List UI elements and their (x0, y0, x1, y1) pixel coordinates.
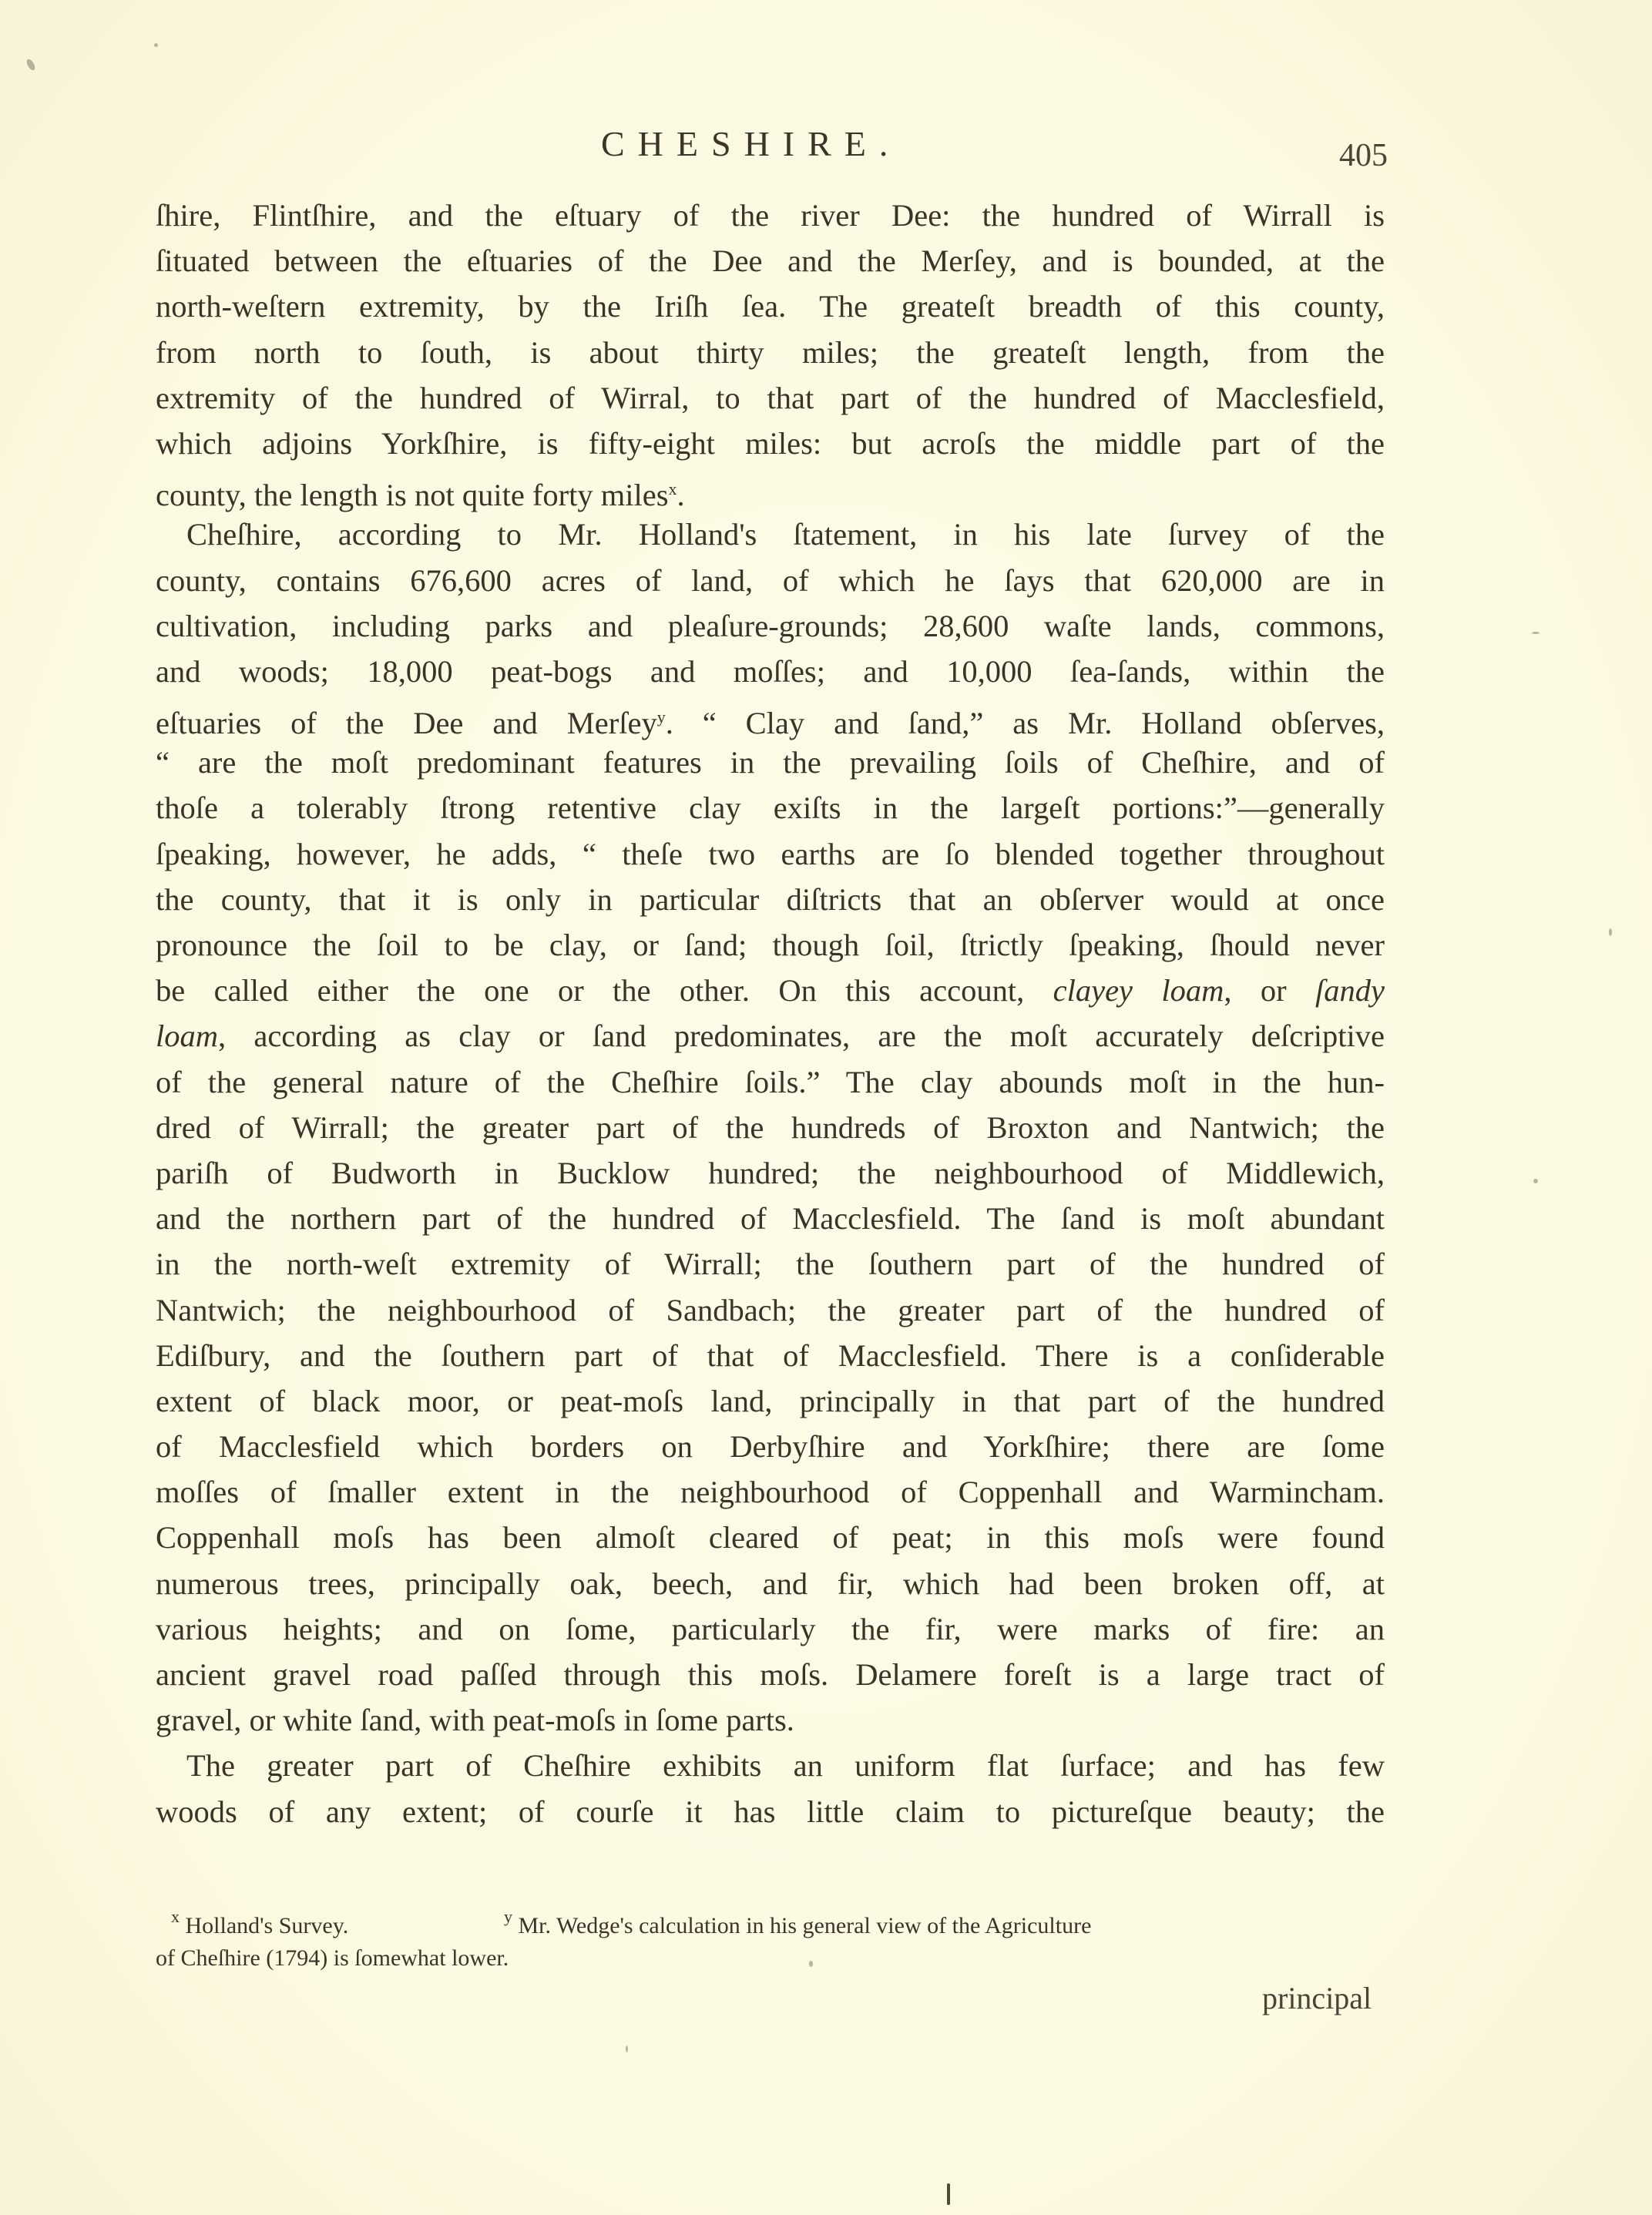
text-line: of Macclesfield which borders on Derbyſh… (156, 1424, 1385, 1469)
footnote-y: y Mr. Wedge's calculation in his general… (504, 1907, 1091, 1939)
line-tail: , according as clay or ſand predominates… (218, 1019, 1385, 1053)
text-line: thoſe a tolerably ſtrong retentive clay … (156, 785, 1385, 831)
text-line: north-weſtern extremity, by the Iriſh ſe… (156, 284, 1385, 329)
footnote-ref-x: x (669, 479, 677, 498)
line-text: , or (1224, 973, 1286, 1008)
footnote-text: Mr. Wedge's calculation in his general v… (519, 1913, 1092, 1938)
footnote-continuation: of Cheſhire (1794) is ſomewhat lower. (156, 1945, 509, 1972)
text-line: and the northern part of the hundred of … (156, 1196, 1385, 1241)
text-line: ſpeaking, however, he adds, “ theſe two … (156, 831, 1385, 877)
page-number: 405 (1339, 137, 1388, 174)
text-line: cultivation, including parks and pleaſur… (156, 603, 1385, 649)
text-line: ſhire, Flintſhire, and the eſtuary of th… (156, 193, 1385, 238)
text-line: loam, according as clay or ſand predomin… (156, 1013, 1385, 1059)
text-line: in the north-weſt extremity of Wirrall; … (156, 1241, 1385, 1287)
text-line: extremity of the hundred of Wirral, to t… (156, 375, 1385, 421)
text-line: dred of Wirrall; the greater part of the… (156, 1105, 1385, 1150)
footnote-text: Holland's Survey. (186, 1913, 349, 1938)
text-line: which adjoins Yorkſhire, is fifty-eight … (156, 421, 1385, 466)
body-text: ſhire, Flintſhire, and the eſtuary of th… (156, 193, 1385, 1834)
text-line: ancient gravel road paſſed through this … (156, 1652, 1385, 1697)
text-line: various heights; and on ſome, particular… (156, 1606, 1385, 1652)
text-line: Nantwich; the neighbourhood of Sandbach;… (156, 1287, 1385, 1333)
text-line: the county, that it is only in particula… (156, 877, 1385, 922)
text-line: from north to ſouth, is about thirty mil… (156, 330, 1385, 375)
line-tail: . (677, 478, 685, 512)
text-line: moſſes of ſmaller extent in the neighbou… (156, 1469, 1385, 1515)
text-line: of the general nature of the Cheſhire ſo… (156, 1059, 1385, 1105)
text-line: gravel, or white ſand, with peat-moſs in… (156, 1697, 1385, 1743)
book-page: CHESHIRE. 405 ſhire, Flintſhire, and the… (0, 0, 1652, 2215)
line-text: county, the length is not quite forty mi… (156, 478, 669, 512)
italic-term: loam (156, 1019, 218, 1053)
text-line: pronounce the ſoil to be clay, or ſand; … (156, 922, 1385, 968)
text-line: and woods; 18,000 peat-bogs and moſſes; … (156, 649, 1385, 694)
text-line: woods of any extent; of courſe it has li… (156, 1789, 1385, 1834)
footnote-ref-y: y (657, 707, 666, 727)
line-text: be called either the one or the other. O… (156, 973, 1024, 1008)
running-head: CHESHIRE. (601, 123, 901, 164)
italic-term: clayey loam (1053, 973, 1224, 1008)
text-line: be called either the one or the other. O… (156, 968, 1385, 1013)
line-tail: . “ Clay and ſand,” as Mr. Holland obſer… (666, 706, 1385, 740)
footnote-x: x Holland's Survey. (171, 1907, 348, 1939)
text-line: extent of black moor, or peat-moſs land,… (156, 1378, 1385, 1424)
text-line: Coppenhall moſs has been almoſt cleared … (156, 1515, 1385, 1560)
text-line: eſtuaries of the Dee and Merſeyy. “ Clay… (156, 694, 1385, 740)
text-line: numerous trees, principally oak, beech, … (156, 1561, 1385, 1606)
text-line: county, the length is not quite forty mi… (156, 466, 1385, 512)
footnote-marker: y (504, 1907, 512, 1926)
text-line: ſituated between the eſtuaries of the De… (156, 238, 1385, 284)
text-line: county, contains 676,600 acres of land, … (156, 558, 1385, 603)
text-line: pariſh of Budworth in Bucklow hundred; t… (156, 1150, 1385, 1196)
italic-term: ſandy (1315, 973, 1385, 1008)
paragraph-start-line: Cheſhire, according to Mr. Holland's ſta… (156, 512, 1385, 557)
text-line: “ are the moſt predominant features in t… (156, 740, 1385, 785)
paragraph-start-line: The greater part of Cheſhire exhibits an… (156, 1743, 1385, 1788)
line-text: eſtuaries of the Dee and Merſey (156, 706, 657, 740)
footnote-marker: x (171, 1907, 180, 1926)
printer-mark (947, 2183, 950, 2205)
text-line: Ediſbury, and the ſouthern part of that … (156, 1333, 1385, 1378)
catchword: principal (1262, 1980, 1372, 2016)
